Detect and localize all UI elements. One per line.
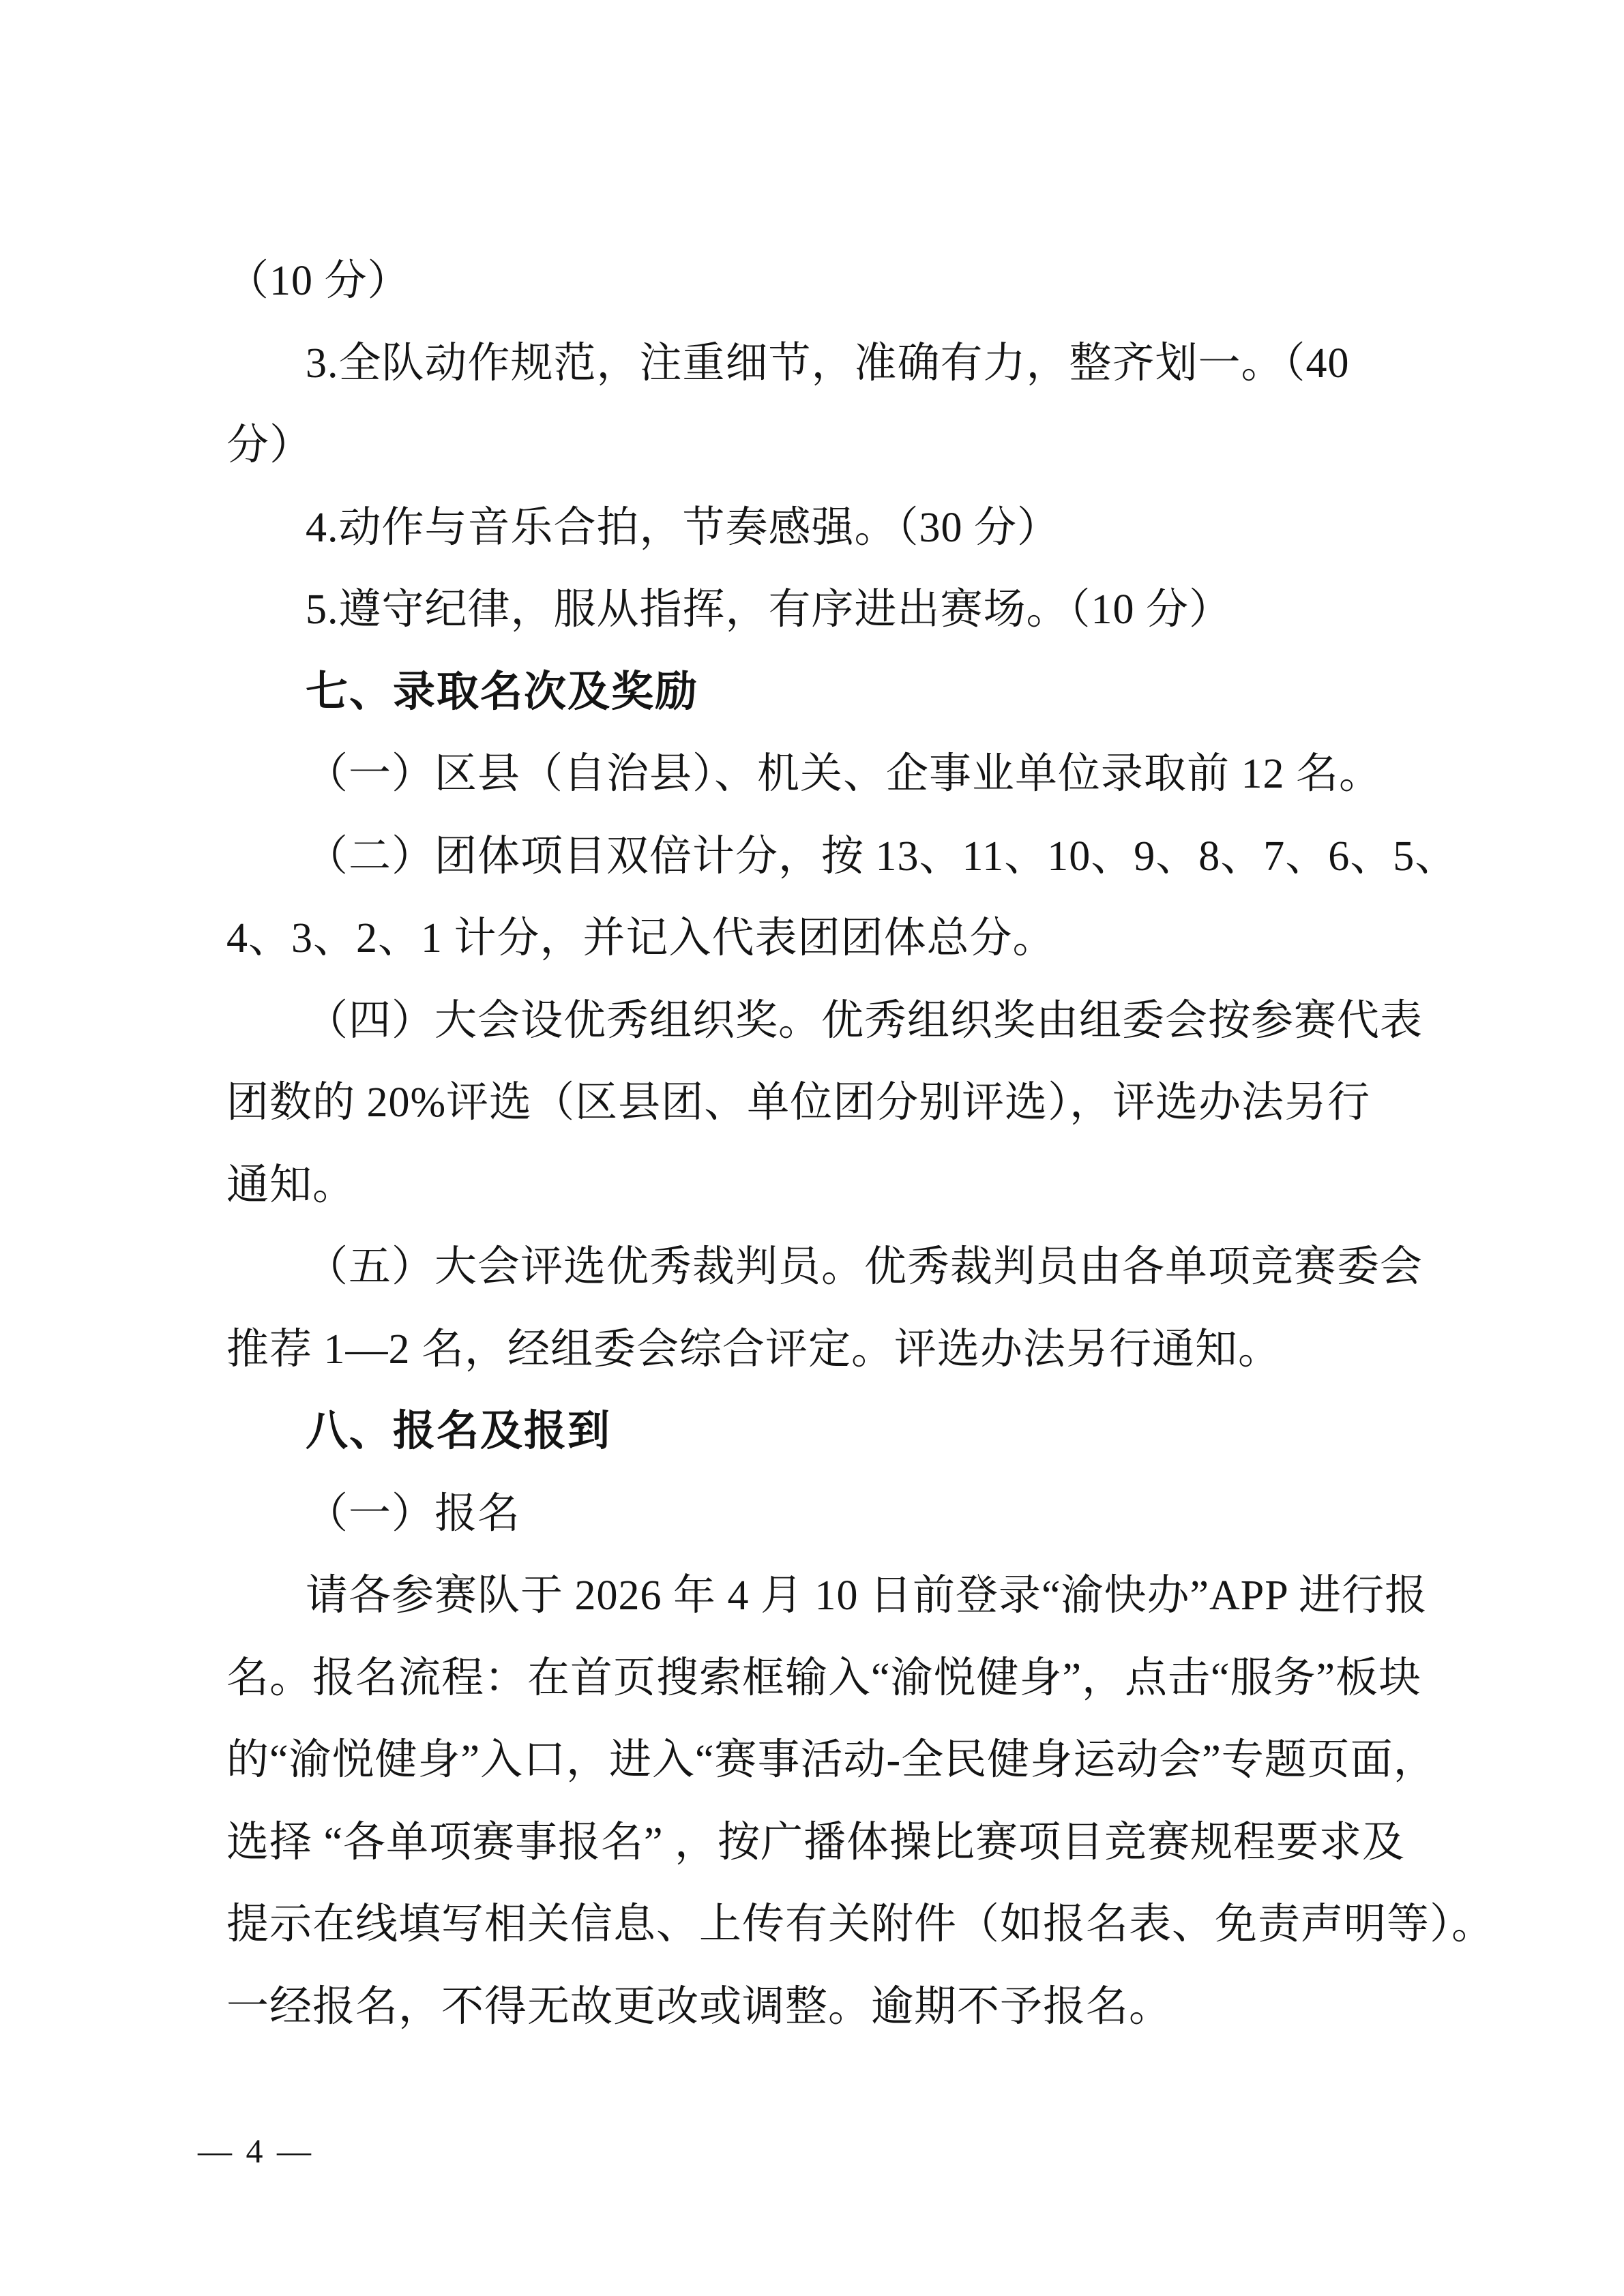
text-line: 通知。 [226,1144,1529,1227]
text-line: （四）大会设优秀组织奖。优秀组织奖由组委会按参赛代表 [226,980,1529,1062]
text-line: 选择 “各单项赛事报名” ，按广播体操比赛项目竞赛规程要求及 [226,1802,1529,1884]
document-page: （10 分）3.全队动作规范，注重细节，准确有力，整齐划一。（40分）4.动作与… [0,0,1624,2296]
text-line: （一）区县（自治县）、机关、企事业单位录取前 12 名。 [226,733,1529,816]
text-line: 推荐 1—2 名，经组委会综合评定。评选办法另行通知。 [226,1309,1529,1391]
page-number: — 4 — [198,2130,314,2171]
section-heading: 七、录取名次及奖励 [226,651,1529,734]
text-line: 一经报名，不得无故更改或调整。逾期不予报名。 [226,1966,1529,2048]
text-line: 提示在线填写相关信息、上传有关附件（如报名表、免责声明等）。 [226,1883,1529,1966]
text-line: 名。报名流程：在首页搜索框输入“渝悦健身”，点击“服务”板块 [226,1637,1529,1720]
text-line: （一）报名 [226,1473,1529,1555]
text-line: （10 分） [226,240,1529,323]
text-line: 请各参赛队于 2026 年 4 月 10 日前登录“渝快办”APP 进行报 [226,1555,1529,1637]
section-heading: 八、报名及报到 [226,1390,1529,1473]
text-line: （二）团体项目双倍计分，按 13、11、10、9、8、7、6、5、 [226,816,1529,898]
text-line: 3.全队动作规范，注重细节，准确有力，整齐划一。（40 [226,323,1529,405]
text-line: 4.动作与音乐合拍，节奏感强。（30 分） [226,487,1529,569]
text-line: 5.遵守纪律，服从指挥，有序进出赛场。（10 分） [226,569,1529,651]
text-line: 分） [226,404,1529,487]
text-line: 的“渝悦健身”入口，进入“赛事活动-全民健身运动会”专题页面， [226,1719,1529,1802]
text-line: 4、3、2、1 计分，并记入代表团团体总分。 [226,897,1529,980]
text-line: （五）大会评选优秀裁判员。优秀裁判员由各单项竞赛委会 [226,1226,1529,1309]
document-body: （10 分）3.全队动作规范，注重细节，准确有力，整齐划一。（40分）4.动作与… [226,240,1529,2048]
text-line: 团数的 20%评选（区县团、单位团分别评选），评选办法另行 [226,1062,1529,1144]
